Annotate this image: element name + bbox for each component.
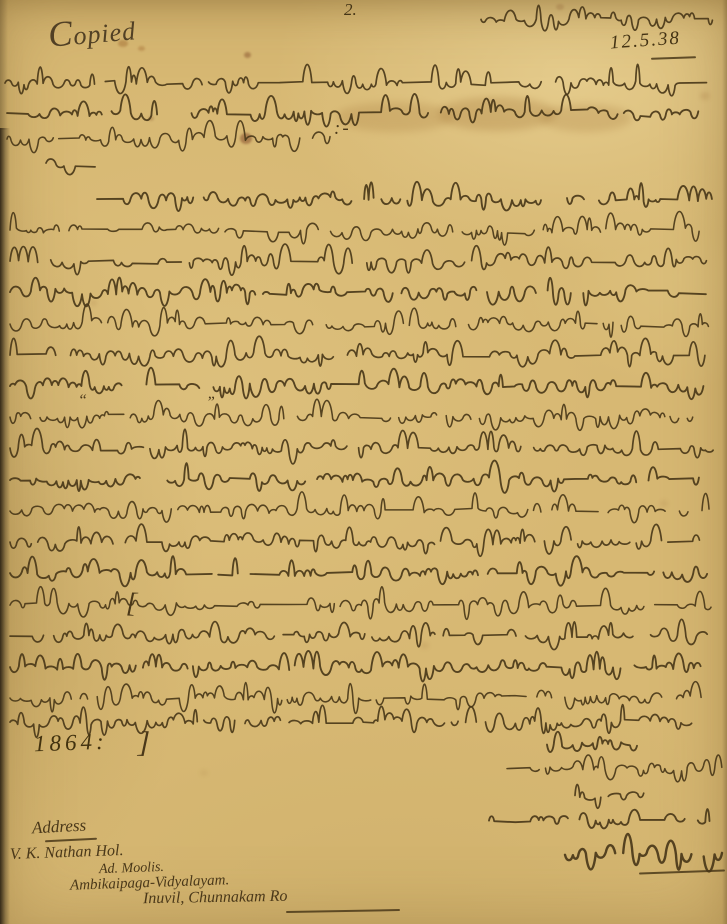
- body-line: [95, 178, 715, 212]
- body-line: [8, 427, 716, 461]
- bracket-close-mark: ]: [137, 726, 150, 760]
- body-line: [8, 240, 714, 274]
- body-line: [8, 584, 714, 618]
- body-line: [8, 396, 700, 430]
- body-line: [8, 334, 708, 368]
- bracket-open-mark: [: [125, 588, 137, 620]
- quote-open-mark: “: [78, 392, 87, 410]
- address-line-4: Inuvil, Chunnakam Ro: [143, 888, 288, 909]
- body-line: [8, 303, 712, 337]
- opening-line: [3, 62, 711, 96]
- body-line: [8, 552, 710, 586]
- body-line: [8, 615, 712, 649]
- body-line: [8, 209, 702, 243]
- quote-close-mark: ”: [206, 394, 215, 412]
- body-line: [8, 271, 710, 305]
- body-line: [8, 459, 702, 493]
- letterhead-tamil-handwriting: [479, 2, 717, 30]
- body-line: [8, 490, 712, 524]
- address-heading: Address: [32, 816, 87, 839]
- closing-line-tamil: [505, 750, 725, 780]
- opening-colon-dash: :-: [334, 118, 351, 140]
- signature-flourish: [563, 830, 725, 870]
- handwriting-layer: [0, 0, 727, 924]
- body-line: [8, 646, 708, 680]
- body-line: [8, 521, 704, 555]
- closing-line-tamil: [487, 802, 717, 832]
- letter-page: Copied 2. 12.5.38 :- “ ” [ 1864: ] Addre…: [0, 0, 727, 924]
- body-line: [8, 365, 706, 399]
- salutation-tamil: [44, 147, 98, 173]
- year-note: 1864:: [34, 729, 109, 758]
